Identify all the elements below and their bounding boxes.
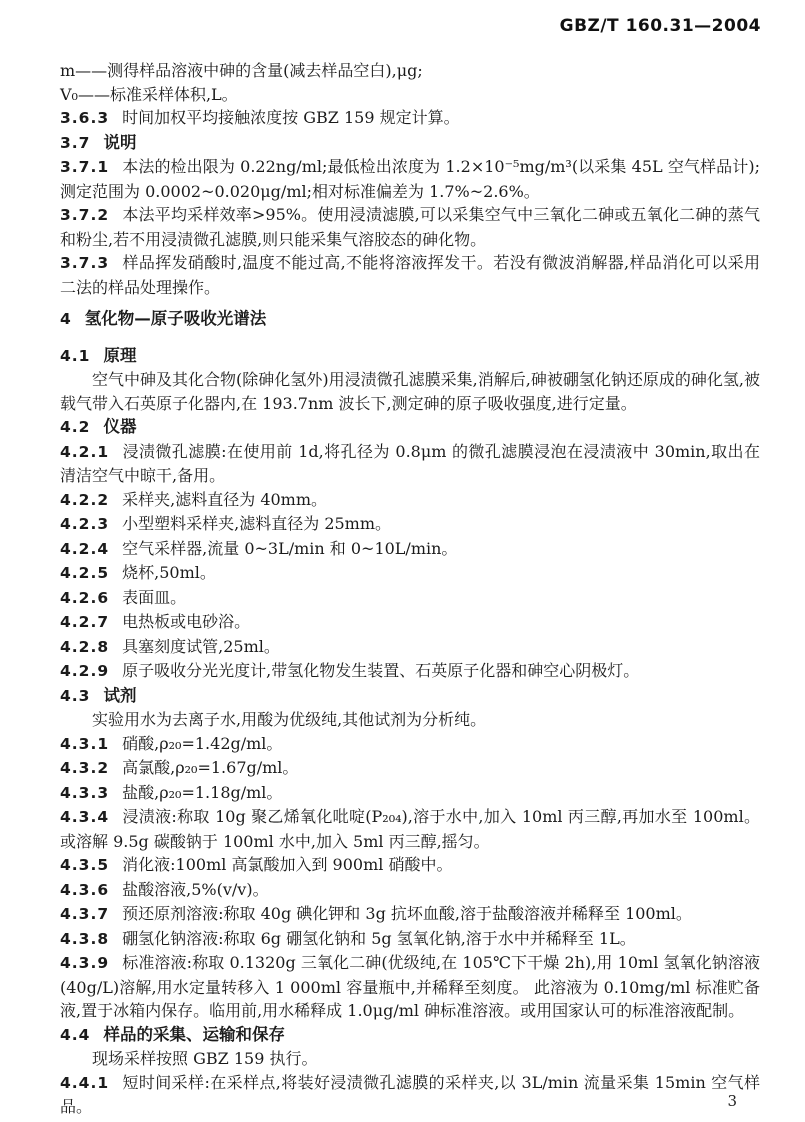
- clause-number: 4.2.7: [60, 613, 109, 631]
- clause-text: 标准溶液:称取 0.1320g 三氧化二砷(优级纯,在 105℃下干燥 2h),…: [60, 953, 760, 1020]
- chapter-heading-4: 4氢化物—原子吸收光谱法: [60, 307, 760, 332]
- clause-text: 小型塑料采样夹,滤料直径为 25mm。: [122, 514, 391, 533]
- heading-title: 试剂: [103, 686, 136, 705]
- clause-text: 硝酸,ρ₂₀=1.42g/ml。: [122, 734, 282, 753]
- document-page: GBZ/T 160.31—2004 m——测得样品溶液中砷的含量(减去样品空白)…: [0, 0, 805, 1122]
- clause-text: 盐酸溶液,5%(v/v)。: [122, 880, 268, 899]
- clause-text: 具塞刻度试管,25ml。: [122, 637, 280, 656]
- page-footer: 3: [727, 1092, 737, 1110]
- clause-4-3-5: 4.3.5消化液:100ml 高氯酸加入到 900ml 硝酸中。: [60, 853, 760, 878]
- heading-title: 氢化物—原子吸收光谱法: [85, 309, 267, 328]
- page-number: 3: [727, 1092, 737, 1110]
- clause-number: 4.3.3: [60, 784, 109, 802]
- clause-4-2-1: 4.2.1浸渍微孔滤膜:在使用前 1d,将孔径为 0.8μm 的微孔滤膜浸泡在浸…: [60, 440, 760, 488]
- clause-number: 4.3.1: [60, 735, 109, 753]
- running-header: GBZ/T 160.31—2004: [560, 16, 761, 36]
- clause-number: 4.3.6: [60, 881, 109, 899]
- section-heading-4-4: 4.4样品的采集、运输和保存: [60, 1023, 760, 1048]
- heading-title: 原理: [103, 346, 136, 365]
- clause-text: 本法平均采样效率>95%。使用浸渍滤膜,可以采集空气中三氧化二砷或五氧化二砷的蒸…: [60, 205, 760, 249]
- clause-text: 空气采样器,流量 0~3L/min 和 0~10L/min。: [122, 539, 457, 558]
- heading-title: 样品的采集、运输和保存: [103, 1025, 285, 1044]
- clause-4-3-1: 4.3.1硝酸,ρ₂₀=1.42g/ml。: [60, 732, 760, 757]
- clause-number: 4.3.2: [60, 759, 109, 777]
- clause-number: 4.2.5: [60, 564, 109, 582]
- clause-4-2-9: 4.2.9原子吸收分光光度计,带氢化物发生装置、石英原子化器和砷空心阴极灯。: [60, 659, 760, 684]
- clause-text: 采样夹,滤料直径为 40mm。: [122, 490, 327, 509]
- definition-line-v0: V₀——标准采样体积,L。: [60, 83, 760, 107]
- clause-text: 本法的检出限为 0.22ng/ml;最低检出浓度为 1.2×10⁻⁵mg/m³(…: [60, 157, 760, 201]
- paragraph-principle: 空气中砷及其化合物(除砷化氢外)用浸渍微孔滤膜采集,消解后,砷被硼氢化钠还原成的…: [60, 368, 760, 415]
- clause-number: 4.3.7: [60, 905, 109, 923]
- clause-text: 高氯酸,ρ₂₀=1.67g/ml。: [122, 758, 298, 777]
- paragraph-sampling-note: 现场采样按照 GBZ 159 执行。: [60, 1047, 760, 1071]
- clause-number: 4.2.6: [60, 589, 109, 607]
- clause-3-7-2: 3.7.2本法平均采样效率>95%。使用浸渍滤膜,可以采集空气中三氧化二砷或五氧…: [60, 203, 760, 251]
- heading-number: 4.2: [60, 418, 90, 436]
- clause-3-7-1: 3.7.1本法的检出限为 0.22ng/ml;最低检出浓度为 1.2×10⁻⁵m…: [60, 155, 760, 203]
- clause-text: 盐酸,ρ₂₀=1.18g/ml。: [122, 783, 282, 802]
- clause-4-4-1: 4.4.1短时间采样:在采样点,将装好浸渍微孔滤膜的采样夹,以 3L/min 流…: [60, 1071, 760, 1119]
- clause-4-3-3: 4.3.3盐酸,ρ₂₀=1.18g/ml。: [60, 781, 760, 806]
- heading-number: 4.1: [60, 347, 90, 365]
- clause-4-3-6: 4.3.6盐酸溶液,5%(v/v)。: [60, 878, 760, 903]
- definition-line-m: m——测得样品溶液中砷的含量(减去样品空白),μg;: [60, 59, 760, 83]
- heading-title: 仪器: [103, 417, 136, 436]
- clause-text: 消化液:100ml 高氯酸加入到 900ml 硝酸中。: [122, 855, 452, 874]
- clause-4-2-8: 4.2.8具塞刻度试管,25ml。: [60, 635, 760, 660]
- clause-4-2-3: 4.2.3小型塑料采样夹,滤料直径为 25mm。: [60, 512, 760, 537]
- section-heading-4-2: 4.2仪器: [60, 415, 760, 440]
- clause-text: 浸渍微孔滤膜:在使用前 1d,将孔径为 0.8μm 的微孔滤膜浸泡在浸渍液中 3…: [60, 442, 760, 486]
- clause-4-2-7: 4.2.7电热板或电砂浴。: [60, 610, 760, 635]
- clause-4-3-7: 4.3.7预还原剂溶液:称取 40g 碘化钾和 3g 抗坏血酸,溶于盐酸溶液并稀…: [60, 902, 760, 927]
- clause-text: 短时间采样:在采样点,将装好浸渍微孔滤膜的采样夹,以 3L/min 流量采集 1…: [60, 1073, 760, 1117]
- heading-number: 4.3: [60, 687, 90, 705]
- clause-number: 4.2.2: [60, 491, 109, 509]
- clause-number: 4.4.1: [60, 1074, 109, 1092]
- clause-text: 预还原剂溶液:称取 40g 碘化钾和 3g 抗坏血酸,溶于盐酸溶液并稀释至 10…: [122, 904, 692, 923]
- clause-number: 4.2.9: [60, 662, 109, 680]
- clause-4-3-9: 4.3.9标准溶液:称取 0.1320g 三氧化二砷(优级纯,在 105℃下干燥…: [60, 951, 760, 1023]
- clause-number: 4.3.9: [60, 954, 109, 972]
- section-heading-4-3: 4.3试剂: [60, 684, 760, 709]
- clause-text: 硼氢化钠溶液:称取 6g 硼氢化钠和 5g 氢氧化钠,溶于水中并稀释至 1L。: [122, 929, 636, 948]
- clause-number: 4.2.1: [60, 443, 109, 461]
- document-body: m——测得样品溶液中砷的含量(减去样品空白),μg; V₀——标准采样体积,L。…: [60, 59, 760, 1119]
- clause-text: 烧杯,50ml。: [122, 563, 216, 582]
- clause-3-7-3: 3.7.3样品挥发硝酸时,温度不能过高,不能将溶液挥发干。若没有微波消解器,样品…: [60, 251, 760, 299]
- paragraph-reagent-note: 实验用水为去离子水,用酸为优级纯,其他试剂为分析纯。: [60, 708, 760, 732]
- clause-text: 样品挥发硝酸时,温度不能过高,不能将溶液挥发干。若没有微波消解器,样品消化可以采…: [60, 253, 760, 297]
- clause-4-2-6: 4.2.6表面皿。: [60, 586, 760, 611]
- clause-number: 4.3.4: [60, 808, 109, 826]
- section-heading-4-1: 4.1原理: [60, 344, 760, 369]
- section-heading-3-7: 3.7说明: [60, 131, 760, 156]
- clause-number: 3.7.2: [60, 206, 109, 224]
- clause-number: 4.3.5: [60, 856, 109, 874]
- doc-number: GBZ/T 160.31—2004: [560, 16, 761, 36]
- clause-number: 4.2.8: [60, 638, 109, 656]
- clause-4-2-2: 4.2.2采样夹,滤料直径为 40mm。: [60, 488, 760, 513]
- clause-4-3-4: 4.3.4浸渍液:称取 10g 聚乙烯氧化吡啶(P₂₀₄),溶于水中,加入 10…: [60, 805, 760, 853]
- clause-text: 浸渍液:称取 10g 聚乙烯氧化吡啶(P₂₀₄),溶于水中,加入 10ml 丙三…: [60, 807, 760, 851]
- clause-number: 3.7.3: [60, 254, 109, 272]
- heading-number: 4.4: [60, 1026, 90, 1044]
- clause-number: 4.3.8: [60, 930, 109, 948]
- heading-title: 说明: [103, 133, 136, 152]
- clause-4-3-2: 4.3.2高氯酸,ρ₂₀=1.67g/ml。: [60, 756, 760, 781]
- clause-text: 时间加权平均接触浓度按 GBZ 159 规定计算。: [122, 108, 459, 127]
- clause-number: 3.7.1: [60, 158, 109, 176]
- clause-4-3-8: 4.3.8硼氢化钠溶液:称取 6g 硼氢化钠和 5g 氢氧化钠,溶于水中并稀释至…: [60, 927, 760, 952]
- heading-number: 3.7: [60, 134, 90, 152]
- clause-text: 表面皿。: [122, 588, 186, 607]
- clause-3-6-3: 3.6.3时间加权平均接触浓度按 GBZ 159 规定计算。: [60, 106, 760, 131]
- clause-4-2-5: 4.2.5烧杯,50ml。: [60, 561, 760, 586]
- heading-number: 4: [60, 310, 72, 328]
- clause-text: 原子吸收分光光度计,带氢化物发生装置、石英原子化器和砷空心阴极灯。: [122, 661, 639, 680]
- clause-number: 4.2.4: [60, 540, 109, 558]
- clause-4-2-4: 4.2.4空气采样器,流量 0~3L/min 和 0~10L/min。: [60, 537, 760, 562]
- clause-text: 电热板或电砂浴。: [122, 612, 250, 631]
- clause-number: 4.2.3: [60, 515, 109, 533]
- clause-number: 3.6.3: [60, 109, 109, 127]
